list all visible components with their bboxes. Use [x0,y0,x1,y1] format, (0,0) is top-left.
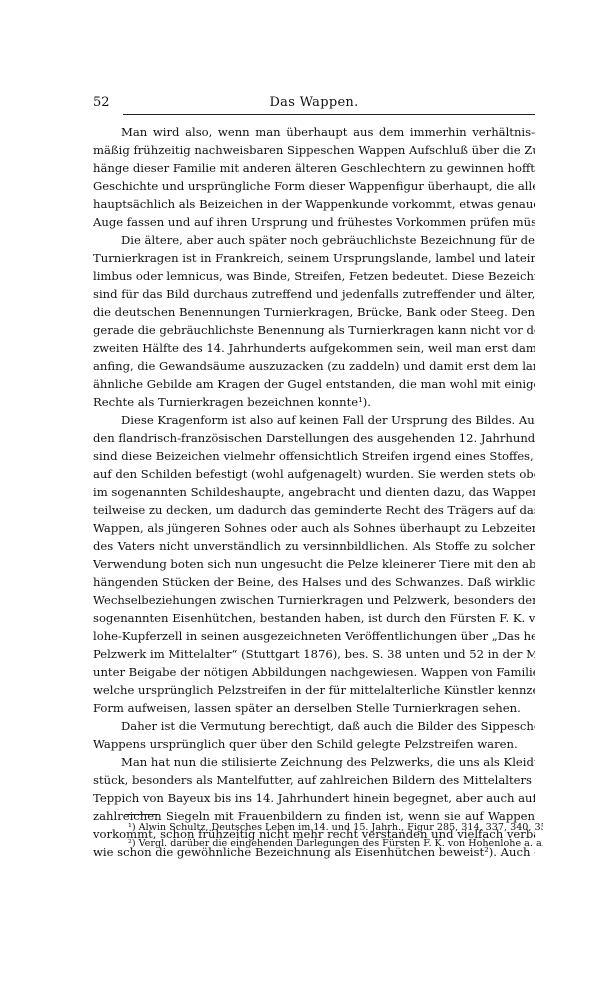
paragraph-2: Die ältere, aber auch später noch gebräu… [93,231,535,411]
text-line: sind diese Beizeichen vielmehr offensich… [93,447,535,465]
text-line: lohe-Kupferzell in seinen ausgezeichnete… [93,627,535,645]
text-line: die deutschen Benennungen Turnierkragen,… [93,303,535,321]
footnote-2: ²) Vergl. darüber die eingehenden Darleg… [128,836,543,852]
text-line: im sogenannten Schildeshaupte, angebrach… [93,483,535,501]
text-line: hauptsächlich als Beizeichen in der Wapp… [93,195,535,213]
text-line: Auge fassen und auf ihren Ursprung und f… [93,213,535,231]
footnote-rule [125,814,158,815]
running-title: Das Wappen. [93,95,535,110]
text-line: den flandrisch-französischen Darstellung… [93,429,535,447]
text-line: welche ursprünglich Pelzstreifen in der … [93,681,535,699]
text-line: sogenannten Eisenhütchen, bestanden habe… [93,609,535,627]
text-line: stück, besonders als Mantelfutter, auf z… [93,771,535,789]
paragraph-3: Diese Kragenform ist also auf keinen Fal… [93,411,535,717]
page-header: 52 Das Wappen. [93,95,535,117]
text-line: zweiten Hälfte des 14. Jahrhunderts aufg… [93,339,535,357]
text-line: hängenden Stücken der Beine, des Halses … [93,573,535,591]
text-line: gerade die gebräuchlichste Benennung als… [93,321,535,339]
text-line: mäßig frühzeitig nachweisbaren Sippesche… [93,141,535,159]
text-line: teilweise zu decken, um dadurch das gemi… [93,501,535,519]
header-rule [123,114,535,115]
text-line: sind für das Bild durchaus zutreffend un… [93,285,535,303]
book-page: 52 Das Wappen. Man wird also, wenn man ü… [0,0,600,990]
text-line: Diese Kragenform ist also auf keinen Fal… [93,411,535,429]
text-line: Turnierkragen ist in Frankreich, seinem … [93,249,535,267]
text-line: Rechte als Turnierkragen bezeichnen konn… [93,393,535,411]
text-line: Wechselbeziehungen zwischen Turnierkrage… [93,591,535,609]
text-line: hänge dieser Familie mit anderen älteren… [93,159,535,177]
text-line: Teppich von Bayeux bis ins 14. Jahrhunde… [93,789,535,807]
text-line: auf den Schilden befestigt (wohl aufgena… [93,465,535,483]
text-line: Die ältere, aber auch später noch gebräu… [93,231,535,249]
text-line: Verwendung boten sich nun ungesucht die … [93,555,535,573]
body-text: Man wird also, wenn man überhaupt aus de… [93,123,535,861]
text-line: Man hat nun die stilisierte Zeichnung de… [93,753,535,771]
text-line: Wappens ursprünglich quer über den Schil… [93,735,535,753]
text-line: Daher ist die Vermutung berechtigt, daß … [93,717,535,735]
text-line: limbus oder lemnicus, was Binde, Streife… [93,267,535,285]
footnote-1: ¹) Alwin Schultz, Deutsches Leben im 14.… [128,820,543,836]
text-line: unter Beigabe der nötigen Abbildungen na… [93,663,535,681]
text-line: des Vaters nicht unverständlich zu versi… [93,537,535,555]
text-line: Man wird also, wenn man überhaupt aus de… [93,123,535,141]
text-line: Geschichte und ursprüngliche Form dieser… [93,177,535,195]
text-line: Form aufweisen, lassen später an derselb… [93,699,535,717]
paragraph-1: Man wird also, wenn man überhaupt aus de… [93,123,535,231]
paragraph-4: Daher ist die Vermutung berechtigt, daß … [93,717,535,753]
text-line: Wappen, als jüngeren Sohnes oder auch al… [93,519,535,537]
text-line: anfing, die Gewandsäume auszuzacken (zu … [93,357,535,375]
text-line: Pelzwerk im Mittelalter“ (Stuttgart 1876… [93,645,535,663]
footnotes: ¹) Alwin Schultz, Deutsches Leben im 14.… [128,820,543,852]
text-line: ähnliche Gebilde am Kragen der Gugel ent… [93,375,535,393]
